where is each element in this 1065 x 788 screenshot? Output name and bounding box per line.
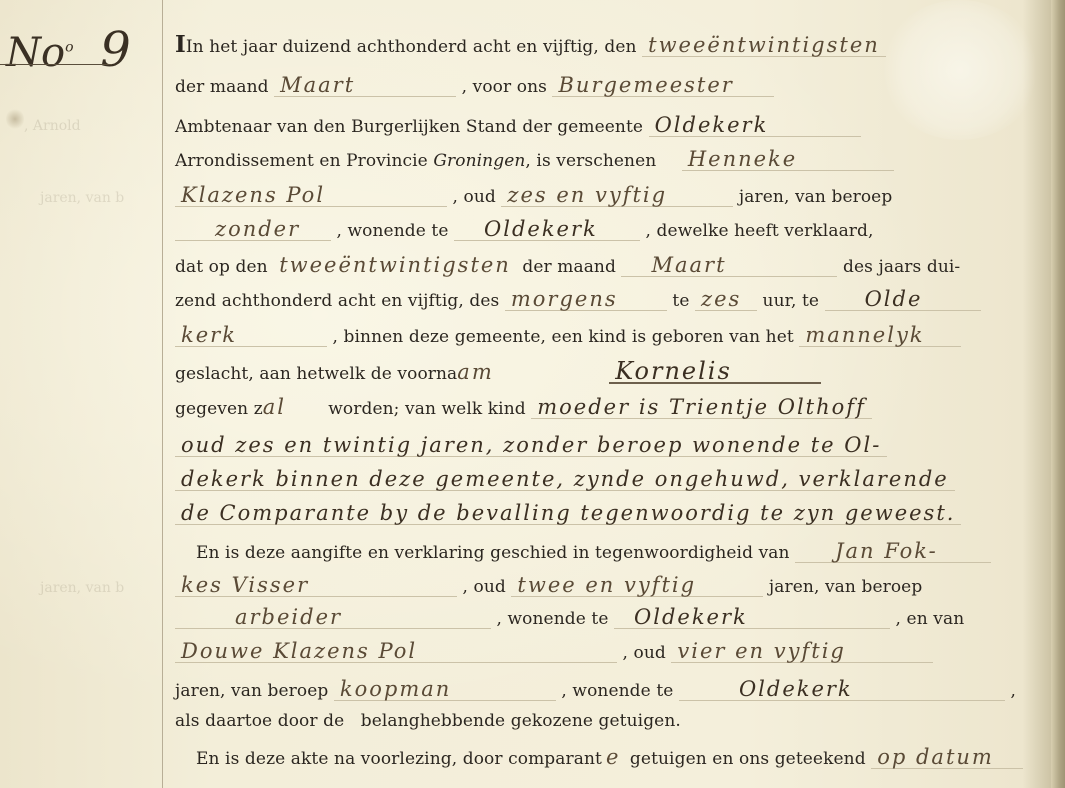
- printed-text: getuigen en ons geteekend: [630, 749, 866, 769]
- handwritten-closing: op datum: [871, 746, 1023, 769]
- text-line-15: En is deze aangifte en verklaring geschi…: [196, 540, 991, 564]
- handwritten-declaration: de Comparante by de bevalling tegenwoord…: [175, 502, 961, 525]
- handwritten-witness2: Douwe Klazens Pol: [175, 640, 617, 663]
- handwritten-hour: zes: [695, 288, 757, 311]
- text-line-16: kes Visser , oud twee en vyftig jaren, v…: [175, 574, 922, 598]
- handwritten-witness2-occupation: koopman: [334, 678, 556, 701]
- text-line-18: Douwe Klazens Pol , oud vier en vyftig: [175, 640, 933, 664]
- printed-text: der maand: [522, 257, 616, 277]
- text-line-13: dekerk binnen deze gemeente, zynde ongeh…: [175, 468, 955, 492]
- printed-text: , dewelke heeft verklaard,: [646, 221, 874, 241]
- handwritten-suffix: al: [263, 396, 323, 418]
- text-line-11: gegeven zal worden; van welk kind moeder…: [175, 396, 872, 420]
- handwritten-child-name: Kornelis: [609, 360, 821, 384]
- handwritten-witness1-residence: Oldekerk: [614, 606, 890, 629]
- bleed-through-text: jaren, van b: [40, 580, 124, 596]
- handwritten-witness1-surname: kes Visser: [175, 574, 457, 597]
- handwritten-witness2-age: vier en vyftig: [671, 640, 933, 663]
- text-line-12: oud zes en twintig jaren, zonder beroep …: [175, 434, 887, 458]
- printed-text: dat op den: [175, 257, 268, 277]
- printed-text: te: [672, 291, 689, 311]
- text-line-20: als daartoe door de belanghebbende gekoz…: [175, 710, 681, 732]
- handwritten-declarant-name: Henneke: [682, 148, 894, 171]
- text-line-5: Klazens Pol , oud zes en vyftig jaren, v…: [175, 184, 892, 208]
- handwritten-birth-place-cont: kerk: [175, 324, 327, 347]
- printed-text: geslacht, aan hetwelk de voorna: [175, 364, 457, 384]
- register-page: , Arnold jaren, van b jaren, van b Noo 9…: [0, 0, 1065, 788]
- printed-text: des jaars dui-: [843, 257, 960, 277]
- handwritten-witness2-residence: Oldekerk: [679, 678, 1005, 701]
- printed-text: , is verschenen: [525, 151, 656, 171]
- printed-text: der maand: [175, 77, 269, 97]
- printed-text: , wonende te: [561, 681, 673, 701]
- handwritten-declarant-occupation: zonder: [175, 218, 331, 241]
- printed-text: , oud: [623, 643, 666, 663]
- handwritten-birth-month: Maart: [621, 254, 837, 277]
- printed-text: En is deze akte na voorlezing, door comp…: [196, 749, 602, 769]
- margin-rule: [162, 0, 163, 788]
- text-line-3: Ambtenaar van den Burgerlijken Stand der…: [175, 114, 861, 138]
- handwritten-declarant-residence: Oldekerk: [454, 218, 640, 241]
- handwritten-mother: moeder is Trientje Olthoff: [531, 396, 872, 419]
- printed-text: , binnen deze gemeente, een kind is gebo…: [333, 327, 794, 347]
- handwritten-month: Maart: [274, 74, 456, 97]
- handwritten-witness1: Jan Fok-: [795, 540, 991, 563]
- printed-text: , oud: [453, 187, 496, 207]
- printed-text: , oud: [463, 577, 506, 597]
- text-line-1: IIn het jaar duizend achthonderd acht en…: [175, 34, 886, 58]
- handwritten-mother-details: oud zes en twintig jaren, zonder beroep …: [175, 434, 887, 457]
- handwritten-time-of-day: morgens: [505, 288, 667, 311]
- handwritten-suffix: e: [602, 746, 624, 768]
- handwritten-witness1-age: twee en vyftig: [511, 574, 763, 597]
- printed-text: , wonende te: [337, 221, 449, 241]
- printed-text: worden; van welk kind: [328, 399, 525, 419]
- text-line-21: En is deze akte na voorlezing, door comp…: [196, 746, 1023, 770]
- text-line-7: dat op den tweeëntwintigsten der maand M…: [175, 254, 960, 278]
- handwritten-day: tweeëntwintigsten: [642, 34, 886, 57]
- printed-province: Groningen: [433, 151, 525, 171]
- akte-number-label: No: [6, 30, 65, 76]
- handwritten-birth-place: Olde: [825, 288, 981, 311]
- text-line-10: geslacht, aan hetwelk de voornaam Kornel…: [175, 360, 821, 385]
- paper-stain: [6, 108, 24, 130]
- printed-text: En is deze aangifte en verklaring geschi…: [196, 543, 790, 563]
- handwritten-mother-details: dekerk binnen deze gemeente, zynde ongeh…: [175, 468, 955, 491]
- akte-number-value: 9: [100, 22, 131, 78]
- akte-number: Noo 9: [6, 22, 131, 78]
- bleed-through-text: , Arnold: [24, 118, 81, 134]
- handwritten-official: Burgemeester: [552, 74, 774, 97]
- printed-text: jaren, van beroep: [769, 577, 922, 597]
- embossed-seal: [880, 0, 1040, 140]
- text-line-9: kerk , binnen deze gemeente, een kind is…: [175, 324, 961, 348]
- bleed-through-text: jaren, van b: [40, 190, 124, 206]
- printed-text: IIn het jaar duizend achthonderd acht en…: [175, 37, 637, 57]
- text-line-17: arbeider , wonende te Oldekerk , en van: [175, 606, 964, 630]
- handwritten-birth-day: tweeëntwintigsten: [273, 254, 517, 276]
- akte-number-underline: [0, 64, 112, 65]
- text-line-4: Arrondissement en Provincie Groningen, i…: [175, 148, 894, 172]
- printed-text: gegeven z: [175, 399, 263, 419]
- printed-text: zend achthonderd acht en vijftig, des: [175, 291, 499, 311]
- text-line-6: zonder , wonende te Oldekerk , dewelke h…: [175, 218, 874, 242]
- printed-text: , voor ons: [462, 77, 547, 97]
- text-line-2: der maand Maart , voor ons Burgemeester: [175, 74, 774, 98]
- handwritten-sex: mannelyk: [799, 324, 961, 347]
- printed-text: , en van: [896, 609, 965, 629]
- handwritten-declarant-age: zes en vyftig: [501, 184, 733, 207]
- printed-text: ,: [1010, 681, 1016, 701]
- text-line-8: zend achthonderd acht en vijftig, des mo…: [175, 288, 981, 312]
- handwritten-suffix: am: [457, 361, 493, 383]
- printed-text: Arrondissement en Provincie: [175, 151, 428, 171]
- printed-text: , wonende te: [497, 609, 609, 629]
- printed-text: als daartoe door de belanghebbende gekoz…: [175, 711, 681, 731]
- text-line-19: jaren, van beroep koopman , wonende te O…: [175, 678, 1016, 702]
- handwritten-declarant-surname: Klazens Pol: [175, 184, 447, 207]
- printed-text: Ambtenaar van den Burgerlijken Stand der…: [175, 117, 643, 137]
- book-spine: [1051, 0, 1065, 788]
- printed-text: jaren, van beroep: [739, 187, 892, 207]
- printed-text: uur, te: [763, 291, 820, 311]
- handwritten-municipality: Oldekerk: [649, 114, 861, 137]
- printed-text: jaren, van beroep: [175, 681, 328, 701]
- handwritten-witness1-occupation: arbeider: [175, 606, 491, 629]
- text-line-14: de Comparante by de bevalling tegenwoord…: [175, 502, 961, 526]
- printed-text: In het jaar duizend achthonderd acht en …: [186, 37, 637, 57]
